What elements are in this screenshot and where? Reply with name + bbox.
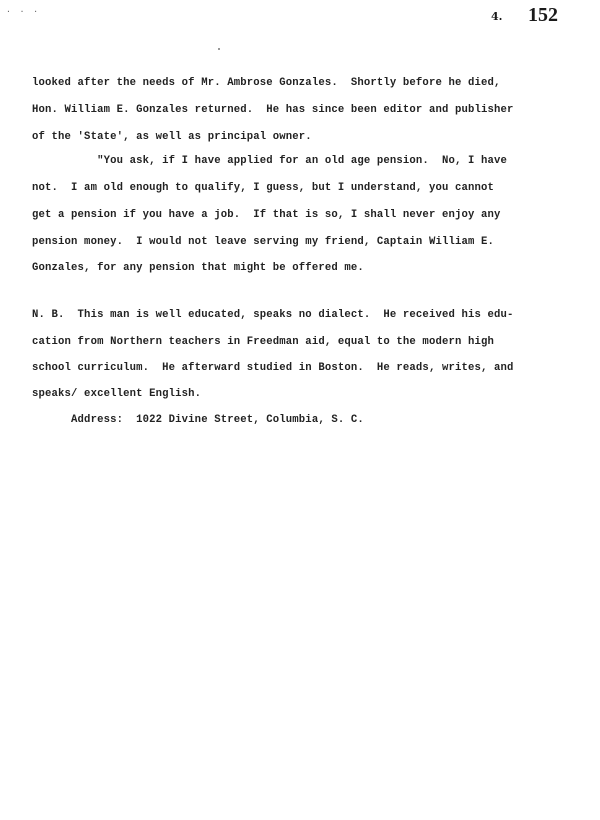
section-number: 4.: [491, 10, 502, 23]
text-line: not. I am old enough to qualify, I guess…: [32, 182, 494, 194]
text-line: of the 'State', as well as principal own…: [32, 131, 312, 143]
text-line: Hon. William E. Gonzales returned. He ha…: [32, 104, 514, 116]
text-line: school curriculum. He afterward studied …: [32, 362, 514, 374]
text-line: Gonzales, for any pension that might be …: [32, 262, 364, 274]
text-line: get a pension if you have a job. If that…: [32, 209, 501, 221]
speck-mark: [218, 48, 220, 50]
text-line: speaks/ excellent English.: [32, 388, 201, 400]
document-page: . . . 4. 152 looked after the needs of M…: [0, 0, 600, 820]
text-line: "You ask, if I have applied for an old a…: [32, 155, 507, 167]
text-line: N. B. This man is well educated, speaks …: [32, 309, 514, 321]
text-line: looked after the needs of Mr. Ambrose Go…: [32, 77, 501, 89]
text-line: pension money. I would not leave serving…: [32, 236, 494, 248]
corner-mark: . . .: [6, 6, 40, 15]
text-line: cation from Northern teachers in Freedma…: [32, 336, 494, 348]
page-number: 152: [528, 4, 558, 27]
address-line: Address: 1022 Divine Street, Columbia, S…: [32, 414, 364, 426]
